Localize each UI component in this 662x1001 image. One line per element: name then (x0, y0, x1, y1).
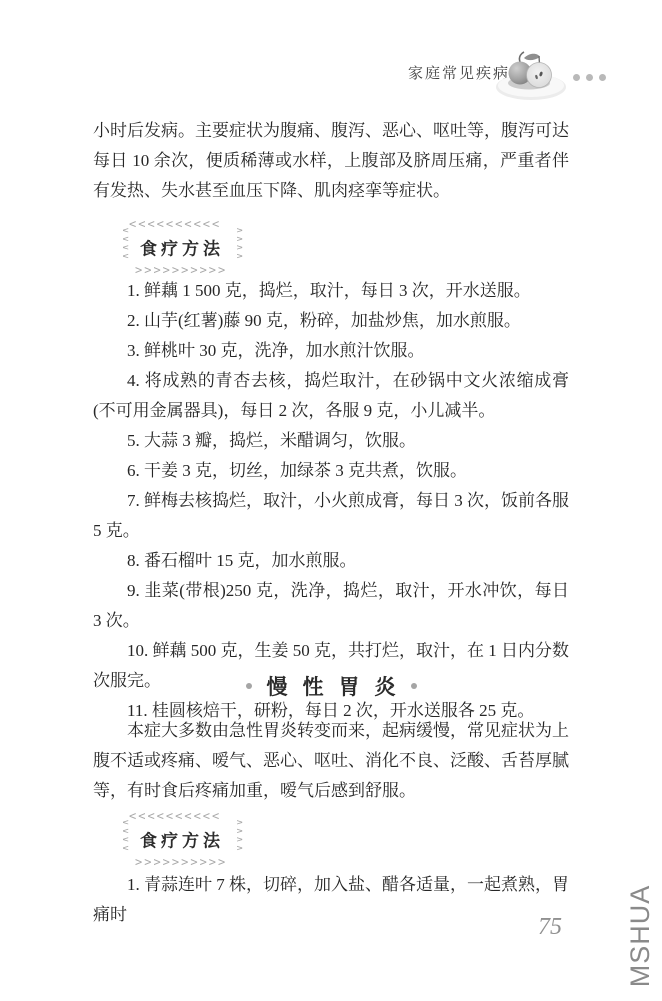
section-title-chronic-gastritis: 慢性胃炎 (93, 671, 569, 701)
remedy-item: 9. 韭菜(带根)250 克，洗净，捣烂，取汁，开水冲饮，每日 3 次。 (93, 576, 569, 636)
book-page: 家庭常见疾病 小时后发病。主要症状为 (0, 0, 662, 1001)
remedy-item: 8. 番石榴叶 15 克，加水煎服。 (93, 546, 569, 576)
remedy-list-acute: 1. 鲜藕 1 500 克，捣烂，取汁，每日 3 次，开水送服。 2. 山芋(红… (93, 276, 569, 726)
section-title-text: 慢性胃炎 (267, 671, 411, 701)
title-dot-icon (246, 683, 252, 689)
badge-label: 食疗方法 (121, 235, 243, 260)
remedy-item: 1. 鲜藕 1 500 克，捣烂，取汁，每日 3 次，开水送服。 (93, 276, 569, 306)
dot-icon (599, 74, 606, 81)
badge-label: 食疗方法 (121, 827, 243, 852)
apples-plate-illustration (494, 50, 568, 102)
remedy-item: 6. 干姜 3 克，切丝，加绿茶 3 克共煮，饮服。 (93, 456, 569, 486)
badge-frame-top: <<<<<<<<<< (129, 219, 239, 229)
side-watermark: MSHUA (625, 871, 655, 1001)
remedy-list-chronic: 1. 青蒜连叶 7 株，切碎，加入盐、醋各适量，一起煮熟，胃痛时 (93, 870, 569, 930)
paragraph: 本症大多数由急性胃炎转变而来，起病缓慢，常见症状为上腹不适或疼痛、嗳气、恶心、呕… (93, 716, 569, 806)
page-number: 75 (538, 914, 562, 941)
badge-frame-bottom: >>>>>>>>>> (135, 857, 239, 867)
title-dot-icon (411, 683, 417, 689)
therapy-method-badge: <<<<<<<<<< ∨∨∨∨ ∧∧∧∧ >>>>>>>>>> 食疗方法 (121, 220, 243, 274)
dot-icon (586, 74, 593, 81)
badge-frame-top: <<<<<<<<<< (129, 811, 239, 821)
header-dots (573, 74, 606, 81)
remedy-item: 3. 鲜桃叶 30 克，洗净，加水煎汁饮服。 (93, 336, 569, 366)
badge-frame-bottom: >>>>>>>>>> (135, 265, 239, 275)
dot-icon (573, 74, 580, 81)
therapy-method-badge: <<<<<<<<<< ∨∨∨∨ ∧∧∧∧ >>>>>>>>>> 食疗方法 (121, 812, 243, 866)
remedy-item: 2. 山芋(红薯)藤 90 克，粉碎，加盐炒焦，加水煎服。 (93, 306, 569, 336)
remedy-item: 4. 将成熟的青杏去核，捣烂取汁，在砂锅中文火浓缩成膏(不可用金属器具)，每日 … (93, 366, 569, 426)
paragraph: 小时后发病。主要症状为腹痛、腹泻、恶心、呕吐等，腹泻可达每日 10 余次，便质稀… (93, 116, 569, 206)
remedy-item: 1. 青蒜连叶 7 株，切碎，加入盐、醋各适量，一起煮熟，胃痛时 (93, 870, 569, 930)
chronic-intro-paragraph: 本症大多数由急性胃炎转变而来，起病缓慢，常见症状为上腹不适或疼痛、嗳气、恶心、呕… (93, 716, 569, 806)
remedy-item: 7. 鲜梅去核捣烂，取汁，小火煎成膏，每日 3 次，饭前各服 5 克。 (93, 486, 569, 546)
acute-intro-paragraph: 小时后发病。主要症状为腹痛、腹泻、恶心、呕吐等，腹泻可达每日 10 余次，便质稀… (93, 116, 569, 206)
remedy-item: 5. 大蒜 3 瓣，捣烂，米醋调匀，饮服。 (93, 426, 569, 456)
